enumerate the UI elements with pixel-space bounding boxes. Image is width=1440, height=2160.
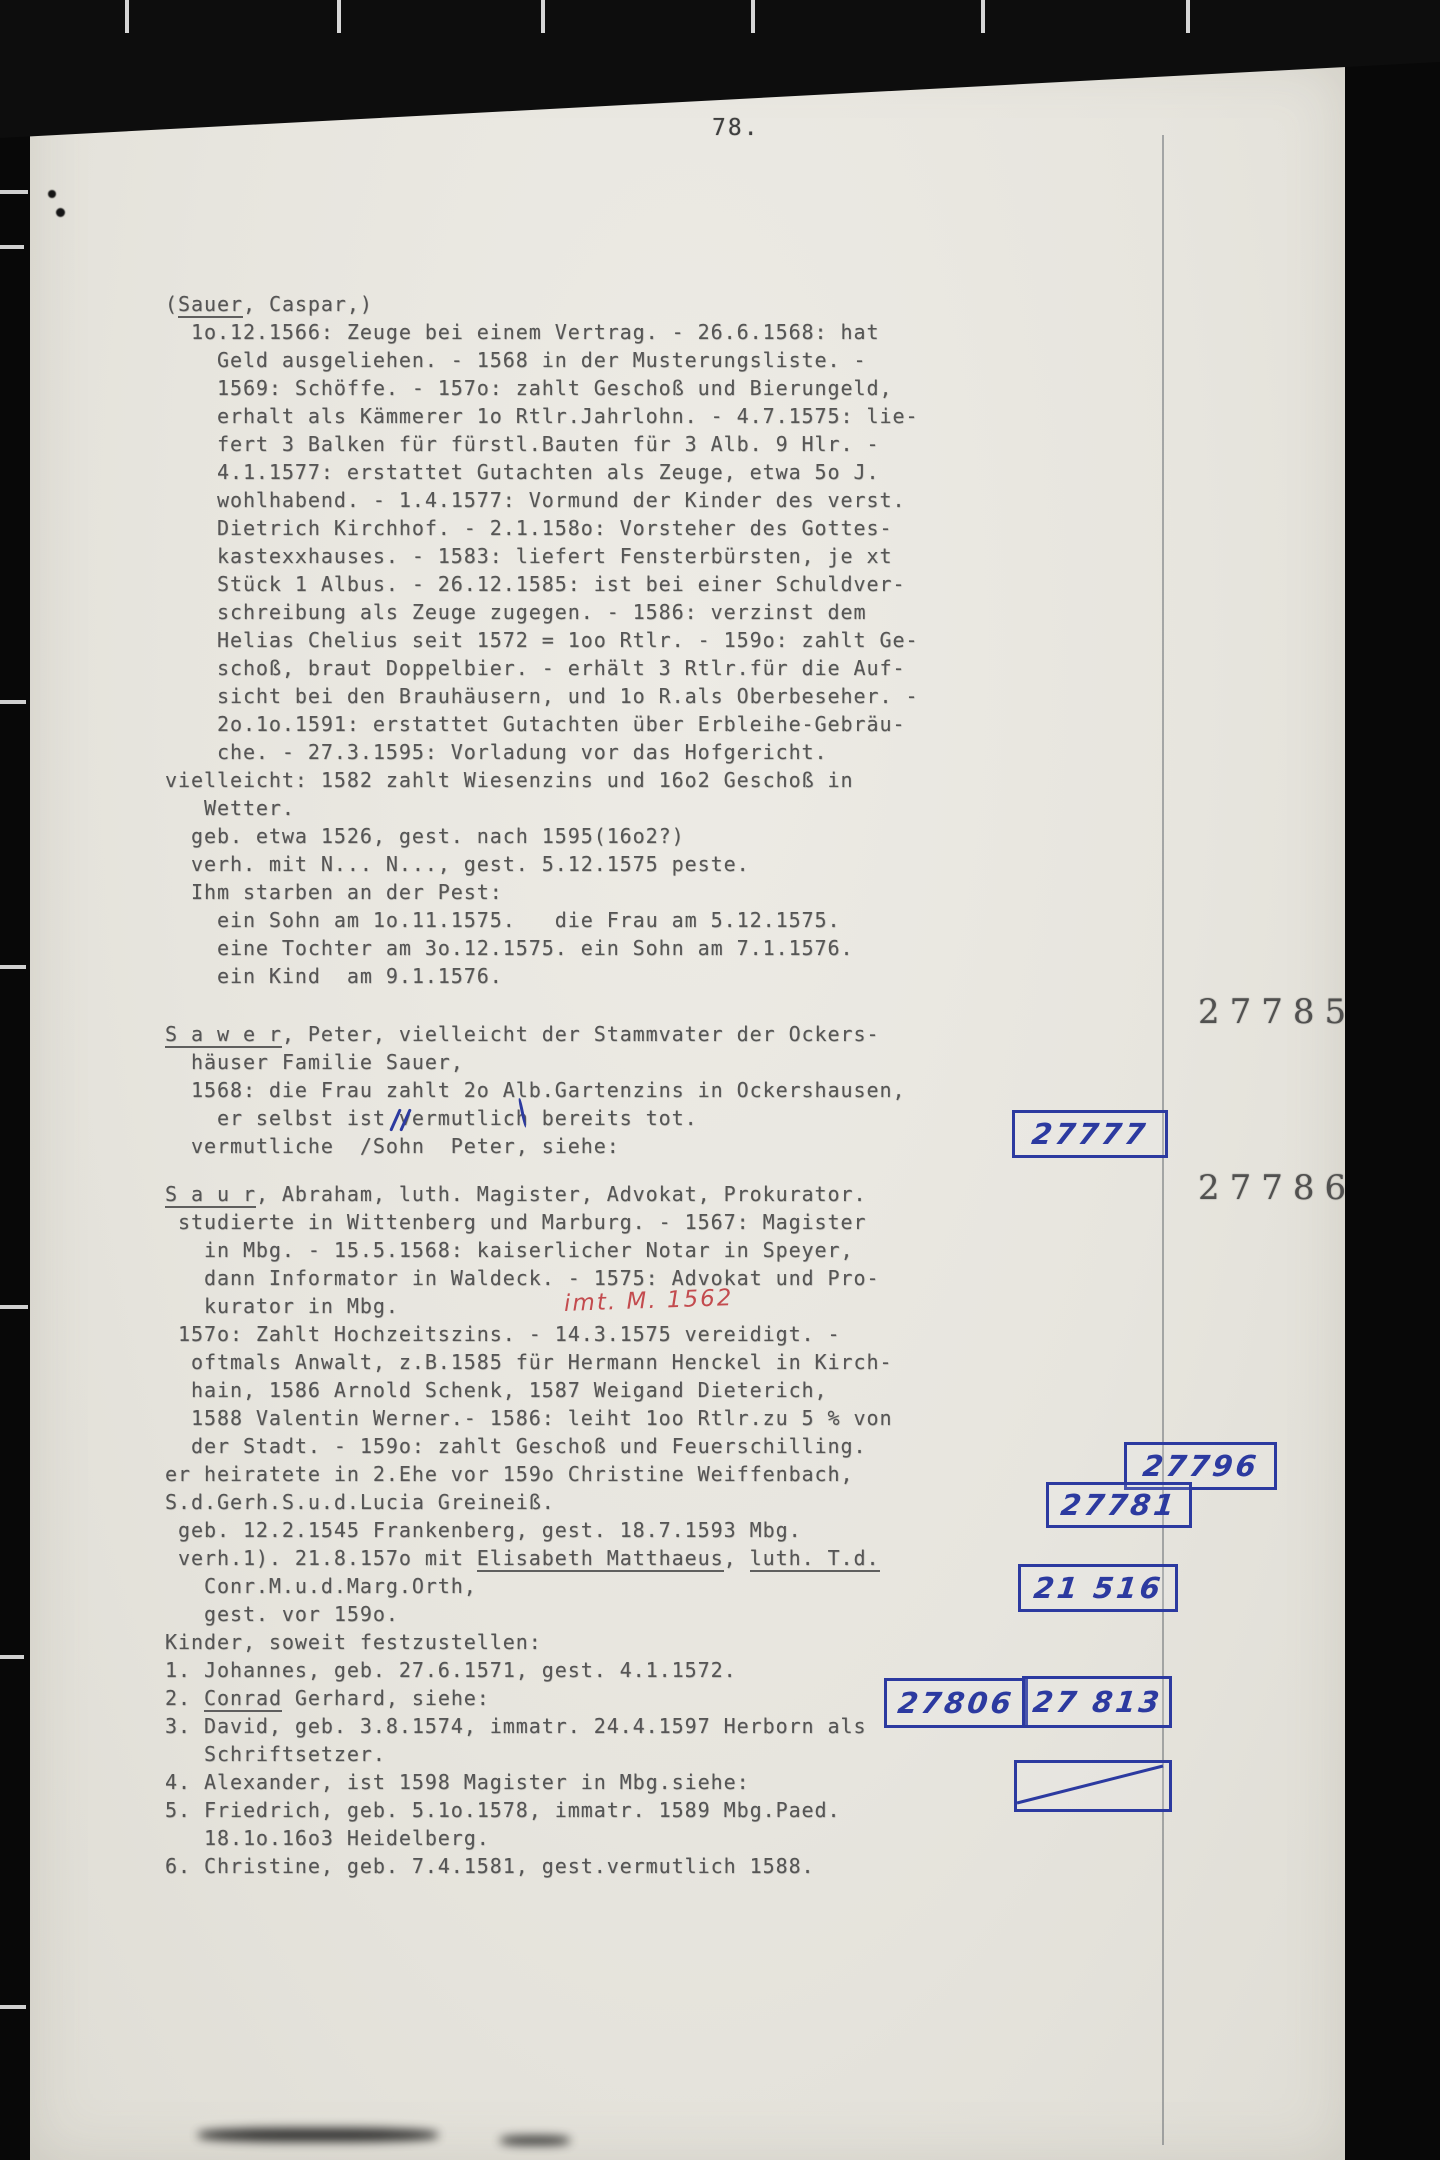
text-line: 6. Christine, geb. 7.4.1581, gest.vermut… xyxy=(165,1852,918,1880)
text-segment: Ihm starben an der Pest: xyxy=(165,880,503,904)
text-line: fert 3 Balken für fürstl.Bauten für 3 Al… xyxy=(165,430,918,458)
text-line: Conr.M.u.d.Marg.Orth, xyxy=(165,1572,918,1600)
text-segment: der Stadt. - 159o: zahlt Geschoß und Feu… xyxy=(165,1434,867,1458)
text-segment: 6. Christine, geb. 7.4.1581, gest.vermut… xyxy=(165,1854,815,1878)
text-segment: 18.1o.16o3 Heidelberg. xyxy=(165,1826,490,1850)
ref-box-greineiss: 27781 xyxy=(1046,1482,1192,1528)
text-segment: gest. vor 159o. xyxy=(165,1602,399,1626)
text-line: 1588 Valentin Werner.- 1586: leiht 1oo R… xyxy=(165,1404,918,1432)
text-segment: Sauer xyxy=(178,292,243,318)
entry-section-2: S a u r, Abraham, luth. Magister, Advoka… xyxy=(165,1180,918,1880)
text-line: vermutliche /Sohn Peter, siehe: xyxy=(165,1132,918,1160)
stamp-number-2: 27786 xyxy=(1198,1168,1356,1208)
text-line: verh. mit N... N..., gest. 5.12.1575 pes… xyxy=(165,850,918,878)
ref-number-peter: 27777 xyxy=(1030,1117,1150,1151)
entry-section-0: (Sauer, Caspar,) 1o.12.1566: Zeuge bei e… xyxy=(165,290,918,990)
text-segment: kastexxhauses. - 1583: liefert Fensterbü… xyxy=(165,544,893,568)
text-segment: Dietrich Kirchhof. - 2.1.158o: Vorsteher… xyxy=(165,516,893,540)
text-segment: Elisabeth Matthaeus xyxy=(477,1546,724,1572)
text-segment: geb. 12.2.1545 Frankenberg, gest. 18.7.1… xyxy=(165,1518,802,1542)
text-segment: vermutliche /Sohn Peter, siehe: xyxy=(165,1134,620,1158)
text-segment: , Peter, vielleicht der Stammvater der O… xyxy=(282,1022,880,1046)
text-segment: in Mbg. - 15.5.1568: kaiserlicher Notar … xyxy=(165,1238,854,1262)
text-segment: Kinder, soweit festzustellen: xyxy=(165,1630,542,1654)
text-line: Helias Chelius seit 1572 = 1oo Rtlr. - 1… xyxy=(165,626,918,654)
text-line: 4.1.1577: erstattet Gutachten als Zeuge,… xyxy=(165,458,918,486)
text-line: Stück 1 Albus. - 26.12.1585: ist bei ein… xyxy=(165,570,918,598)
film-tick xyxy=(541,0,545,33)
text-segment: sicht bei den Brauhäusern, und 1o R.als … xyxy=(165,684,918,708)
film-ruler-mark xyxy=(0,190,28,194)
text-line: eine Tochter am 3o.12.1575. ein Sohn am … xyxy=(165,934,918,962)
text-segment: er selbst ist vermutlich bereits tot. xyxy=(165,1106,698,1130)
ref-number-weiffenbach: 27796 xyxy=(1140,1449,1260,1483)
typewritten-text: (Sauer, Caspar,) 1o.12.1566: Zeuge bei e… xyxy=(165,290,918,1880)
text-line: 157o: Zahlt Hochzeitszins. - 14.3.1575 v… xyxy=(165,1320,918,1348)
ref-number-greineiss: 27781 xyxy=(1059,1488,1179,1522)
text-segment: 1o.12.1566: Zeuge bei einem Vertrag. - 2… xyxy=(165,320,880,344)
text-line: 18.1o.16o3 Heidelberg. xyxy=(165,1824,918,1852)
text-segment: kurator in Mbg. xyxy=(165,1294,399,1318)
punch-hole xyxy=(48,190,56,198)
text-segment: S.d.Gerh.S.u.d.Lucia Greineiß. xyxy=(165,1490,555,1514)
ink-smudge xyxy=(198,2128,438,2142)
ref-box-matthaeus: 21 516 xyxy=(1018,1564,1178,1612)
text-line: (Sauer, Caspar,) xyxy=(165,290,918,318)
text-segment: Helias Chelius seit 1572 = 1oo Rtlr. - 1… xyxy=(165,628,918,652)
text-line: vielleicht: 1582 zahlt Wiesenzins und 16… xyxy=(165,766,918,794)
text-segment: Geld ausgeliehen. - 1568 in der Musterun… xyxy=(165,348,867,372)
punch-hole xyxy=(56,208,65,217)
text-line: der Stadt. - 159o: zahlt Geschoß und Feu… xyxy=(165,1432,918,1460)
film-tick xyxy=(125,0,129,33)
text-segment: erhalt als Kämmerer 1o Rtlr.Jahrlohn. - … xyxy=(165,404,918,428)
film-ruler-mark xyxy=(0,2005,26,2009)
text-line: 1o.12.1566: Zeuge bei einem Vertrag. - 2… xyxy=(165,318,918,346)
ref-box-peter: 27777 xyxy=(1012,1110,1168,1158)
text-line: 2. Conrad Gerhard, siehe: xyxy=(165,1684,918,1712)
pen-strike-mark xyxy=(386,1108,420,1134)
text-line: hain, 1586 Arnold Schenk, 1587 Weigand D… xyxy=(165,1376,918,1404)
paper-sheet: 78. (Sauer, Caspar,) 1o.12.1566: Zeuge b… xyxy=(30,60,1345,2160)
ref-number-matthaeus: 21 516 xyxy=(1031,1571,1164,1605)
entry-section-1: S a w e r, Peter, vielleicht der Stammva… xyxy=(165,1020,918,1160)
text-segment: che. - 27.3.1595: Vorladung vor das Hofg… xyxy=(165,740,828,764)
text-line: kurator in Mbg. xyxy=(165,1292,918,1320)
text-segment: Conrad xyxy=(204,1686,282,1712)
text-line: erhalt als Kämmerer 1o Rtlr.Jahrlohn. - … xyxy=(165,402,918,430)
text-segment: 1569: Schöffe. - 157o: zahlt Geschoß und… xyxy=(165,376,893,400)
text-segment: 1588 Valentin Werner.- 1586: leiht 1oo R… xyxy=(165,1406,893,1430)
text-line: ein Sohn am 1o.11.1575. die Frau am 5.12… xyxy=(165,906,918,934)
film-photo-background: 78. (Sauer, Caspar,) 1o.12.1566: Zeuge b… xyxy=(0,0,1440,2160)
text-segment: schoß, braut Doppelbier. - erhält 3 Rtlr… xyxy=(165,656,906,680)
text-segment: studierte in Wittenberg und Marburg. - 1… xyxy=(165,1210,867,1234)
text-line: Kinder, soweit festzustellen: xyxy=(165,1628,918,1656)
text-segment: Conr.M.u.d.Marg.Orth, xyxy=(165,1574,477,1598)
film-tick xyxy=(751,0,755,33)
film-ruler-mark xyxy=(0,965,26,969)
text-line: studierte in Wittenberg und Marburg. - 1… xyxy=(165,1208,918,1236)
text-line: sicht bei den Brauhäusern, und 1o R.als … xyxy=(165,682,918,710)
ref-number-conrad-b: 27 813 xyxy=(1030,1685,1163,1719)
text-line: schreibung als Zeuge zugegen. - 1586: ve… xyxy=(165,598,918,626)
text-line: verh.1). 21.8.157o mit Elisabeth Matthae… xyxy=(165,1544,918,1572)
text-segment: luth. T.d. xyxy=(750,1546,880,1572)
text-segment: vielleicht: 1582 zahlt Wiesenzins und 16… xyxy=(165,768,854,792)
ref-box-conrad-a: 27806 xyxy=(884,1678,1028,1728)
film-ruler-mark xyxy=(0,245,24,249)
text-line: Schriftsetzer. xyxy=(165,1740,918,1768)
text-segment: , Abraham, luth. Magister, Advokat, Prok… xyxy=(256,1182,867,1206)
text-line: che. - 27.3.1595: Vorladung vor das Hofg… xyxy=(165,738,918,766)
text-segment: 1. Johannes, geb. 27.6.1571, gest. 4.1.1… xyxy=(165,1658,737,1682)
diagonal-line xyxy=(1014,1760,1166,1806)
text-line: Wetter. xyxy=(165,794,918,822)
film-ruler-mark xyxy=(0,1655,24,1659)
text-segment: , xyxy=(724,1546,750,1570)
text-segment: Gerhard, siehe: xyxy=(282,1686,490,1710)
text-line: 1568: die Frau zahlt 2o Alb.Gartenzins i… xyxy=(165,1076,918,1104)
text-segment: geb. etwa 1526, gest. nach 1595(16o2?) xyxy=(165,824,685,848)
text-segment: 5. Friedrich, geb. 5.1o.1578, immatr. 15… xyxy=(165,1798,841,1822)
text-line: kastexxhauses. - 1583: liefert Fensterbü… xyxy=(165,542,918,570)
text-segment: eine Tochter am 3o.12.1575. ein Sohn am … xyxy=(165,936,854,960)
text-segment: 4. Alexander, ist 1598 Magister in Mbg.s… xyxy=(165,1770,750,1794)
film-ruler-mark xyxy=(0,700,26,704)
text-line: Dietrich Kirchhof. - 2.1.158o: Vorsteher… xyxy=(165,514,918,542)
text-line: 4. Alexander, ist 1598 Magister in Mbg.s… xyxy=(165,1768,918,1796)
text-segment: schreibung als Zeuge zugegen. - 1586: ve… xyxy=(165,600,867,624)
text-line: geb. 12.2.1545 Frankenberg, gest. 18.7.1… xyxy=(165,1516,918,1544)
ref-box-conrad-b: 27 813 xyxy=(1022,1676,1172,1728)
text-segment: fert 3 Balken für fürstl.Bauten für 3 Al… xyxy=(165,432,880,456)
text-line: S a w e r, Peter, vielleicht der Stammva… xyxy=(165,1020,918,1048)
text-segment: er heiratete in 2.Ehe vor 159o Christine… xyxy=(165,1462,854,1486)
text-line: S a u r, Abraham, luth. Magister, Advoka… xyxy=(165,1180,918,1208)
text-line: ein Kind am 9.1.1576. xyxy=(165,962,918,990)
text-segment: S a u r xyxy=(165,1182,256,1208)
text-segment: 4.1.1577: erstattet Gutachten als Zeuge,… xyxy=(165,460,880,484)
text-line: in Mbg. - 15.5.1568: kaiserlicher Notar … xyxy=(165,1236,918,1264)
text-line: 5. Friedrich, geb. 5.1o.1578, immatr. 15… xyxy=(165,1796,918,1824)
text-line: S.d.Gerh.S.u.d.Lucia Greineiß. xyxy=(165,1488,918,1516)
text-line: Ihm starben an der Pest: xyxy=(165,878,918,906)
text-segment: verh.1). 21.8.157o mit xyxy=(165,1546,477,1570)
text-segment: dann Informator in Waldeck. - 1575: Advo… xyxy=(165,1266,880,1290)
text-segment: S a w e r xyxy=(165,1022,282,1048)
ink-smudge xyxy=(500,2136,570,2145)
text-segment: Schriftsetzer. xyxy=(165,1742,386,1766)
text-line: wohlhabend. - 1.4.1577: Vormund der Kind… xyxy=(165,486,918,514)
text-segment: 2. xyxy=(165,1686,204,1710)
text-segment: 2o.1o.1591: erstattet Gutachten über Erb… xyxy=(165,712,906,736)
text-segment: Stück 1 Albus. - 26.12.1585: ist bei ein… xyxy=(165,572,906,596)
text-line: er selbst ist vermutlich bereits tot. xyxy=(165,1104,918,1132)
ref-number-conrad-a: 27806 xyxy=(896,1686,1016,1720)
text-line: 3. David, geb. 3.8.1574, immatr. 24.4.15… xyxy=(165,1712,918,1740)
text-line: dann Informator in Waldeck. - 1575: Advo… xyxy=(165,1264,918,1292)
text-line: schoß, braut Doppelbier. - erhält 3 Rtlr… xyxy=(165,654,918,682)
text-segment: 1568: die Frau zahlt 2o Alb.Gartenzins i… xyxy=(165,1078,906,1102)
text-segment: , Caspar,) xyxy=(243,292,373,316)
text-line: oftmals Anwalt, z.B.1585 für Hermann Hen… xyxy=(165,1348,918,1376)
text-segment: oftmals Anwalt, z.B.1585 für Hermann Hen… xyxy=(165,1350,893,1374)
text-line: 1569: Schöffe. - 157o: zahlt Geschoß und… xyxy=(165,374,918,402)
text-line: häuser Familie Sauer, xyxy=(165,1048,918,1076)
text-segment: verh. mit N... N..., gest. 5.12.1575 pes… xyxy=(165,852,750,876)
film-tick xyxy=(1186,0,1190,33)
film-tick xyxy=(981,0,985,33)
empty-ref-box xyxy=(1014,1760,1172,1812)
text-segment: 3. David, geb. 3.8.1574, immatr. 24.4.15… xyxy=(165,1714,867,1738)
film-tick xyxy=(337,0,341,33)
text-segment: ein Kind am 9.1.1576. xyxy=(165,964,503,988)
text-line: gest. vor 159o. xyxy=(165,1600,918,1628)
text-line: geb. etwa 1526, gest. nach 1595(16o2?) xyxy=(165,822,918,850)
text-segment: ( xyxy=(165,292,178,316)
pen-flourish-mark xyxy=(514,1096,530,1130)
text-line: 2o.1o.1591: erstattet Gutachten über Erb… xyxy=(165,710,918,738)
text-line: Geld ausgeliehen. - 1568 in der Musterun… xyxy=(165,346,918,374)
text-segment: hain, 1586 Arnold Schenk, 1587 Weigand D… xyxy=(165,1378,828,1402)
text-segment: 157o: Zahlt Hochzeitszins. - 14.3.1575 v… xyxy=(165,1322,841,1346)
text-line: er heiratete in 2.Ehe vor 159o Christine… xyxy=(165,1460,918,1488)
film-ruler-mark xyxy=(0,1305,28,1309)
page-number: 78. xyxy=(712,115,760,141)
text-line: 1. Johannes, geb. 27.6.1571, gest. 4.1.1… xyxy=(165,1656,918,1684)
text-segment: Wetter. xyxy=(165,796,295,820)
text-segment: ein Sohn am 1o.11.1575. die Frau am 5.12… xyxy=(165,908,841,932)
stamp-number-1: 27785 xyxy=(1198,992,1356,1032)
text-segment: häuser Familie Sauer, xyxy=(165,1050,464,1074)
text-segment: wohlhabend. - 1.4.1577: Vormund der Kind… xyxy=(165,488,906,512)
